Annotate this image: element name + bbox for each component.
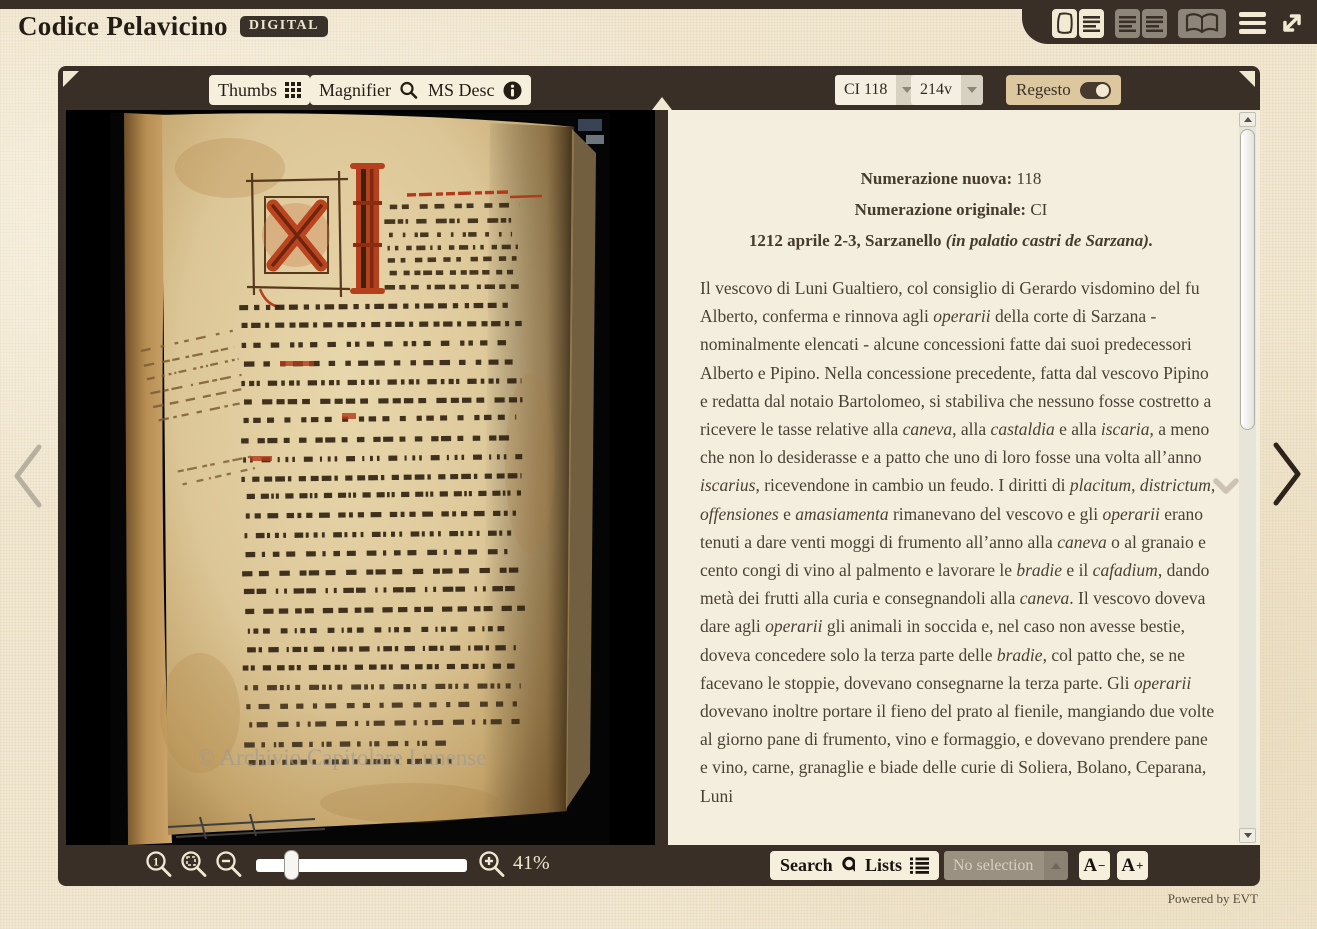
expand-icon <box>1285 16 1299 30</box>
menu-button[interactable] <box>1237 10 1268 36</box>
manuscript-image: © Archivio Capitolare Lunense <box>110 113 610 845</box>
powered-by-label: Powered by EVT <box>1168 891 1258 907</box>
regesto-header: Numerazione nuova: 118 Numerazione origi… <box>668 163 1234 256</box>
date-place-line: 1212 aprile 2-3, Sarzanello (in palatio … <box>668 225 1234 256</box>
magnifier-button[interactable]: Magnifier <box>310 75 427 105</box>
up-caret-icon <box>1244 117 1252 122</box>
chevron-right-icon <box>1276 445 1298 503</box>
viewmode-text-text-group <box>1115 9 1167 38</box>
image-viewer[interactable]: © Archivio Capitolare Lunense <box>66 110 655 845</box>
numerazione-originale-line: Numerazione originale: CI <box>668 194 1234 225</box>
text-lines-icon <box>1119 15 1136 32</box>
previous-page-button[interactable] <box>12 442 44 510</box>
zoom-reset-button[interactable]: 1 <box>144 850 174 880</box>
open-book-icon <box>1184 12 1220 35</box>
one-glyph: 1 <box>153 855 159 869</box>
text-lines-icon <box>1146 15 1163 32</box>
zoom-slider-handle[interactable] <box>284 850 299 880</box>
text-lines-icon <box>1083 15 1100 32</box>
lists-button[interactable]: Lists <box>855 851 939 880</box>
fit-frame-icon <box>187 857 195 865</box>
numerazione-nuova-line: Numerazione nuova: 118 <box>668 163 1234 194</box>
msdesc-button[interactable]: MS Desc <box>419 75 531 105</box>
divider-collapse-button[interactable] <box>652 97 672 110</box>
list-icon <box>910 857 929 874</box>
down-caret-icon <box>1244 833 1252 838</box>
viewmode-text-text-button-1[interactable] <box>1115 9 1140 38</box>
chevron-left-icon <box>17 447 39 505</box>
font-decrease-button[interactable]: A− <box>1079 851 1110 880</box>
info-icon <box>503 81 522 100</box>
watermark-text: © Archivio Capitolare Lunense <box>198 745 487 770</box>
digital-badge: DIGITAL <box>240 16 328 37</box>
scrollbar[interactable] <box>1239 112 1256 843</box>
selection-dropdown-value: No selection <box>944 851 1044 880</box>
thumbs-button[interactable]: Thumbs <box>209 75 310 105</box>
main-panel: Thumbs Magnifier MS Desc <box>58 66 1260 886</box>
collapse-topleft-button[interactable] <box>63 71 79 87</box>
selection-dropdown[interactable]: No selection <box>944 851 1068 880</box>
zoom-in-button[interactable] <box>477 850 507 880</box>
scrollbar-down-button[interactable] <box>1239 828 1256 843</box>
scrollbar-thumb[interactable] <box>1240 129 1255 430</box>
regesto-toggle-button[interactable]: Regesto <box>1006 75 1121 105</box>
zoom-slider[interactable] <box>256 859 467 872</box>
panel-divider <box>655 110 668 845</box>
viewmode-image-text-group <box>1052 9 1104 38</box>
zoom-fit-button[interactable] <box>179 850 209 880</box>
app-title: Codice Pelavicino <box>18 11 228 42</box>
folio-select[interactable]: 214v <box>911 75 983 105</box>
zoom-out-button[interactable] <box>214 850 244 880</box>
viewmode-image-button[interactable] <box>1052 9 1077 38</box>
scrollbar-up-button[interactable] <box>1239 112 1256 127</box>
viewmode-text-text-button-2[interactable] <box>1142 9 1167 38</box>
bottom-toolbar: 1 <box>58 845 1260 886</box>
hamburger-icon <box>1239 12 1266 17</box>
collapse-topright-button[interactable] <box>1239 71 1255 87</box>
magnifier-icon <box>399 81 418 100</box>
app-header: Codice Pelavicino DIGITAL <box>18 11 328 42</box>
viewmode-book-button[interactable] <box>1178 9 1226 38</box>
page-icon <box>1055 12 1074 35</box>
page-select-value: CI 118 <box>835 75 896 105</box>
selection-arrow-icon <box>1044 851 1068 880</box>
regesto-text: Il vescovo di Luni Gualtiero, col consig… <box>700 274 1216 810</box>
next-page-button[interactable] <box>1271 440 1303 508</box>
zoom-level-label: 41% <box>513 852 550 875</box>
fullscreen-button[interactable] <box>1279 10 1305 36</box>
folio-select-value: 214v <box>911 75 961 105</box>
scroll-down-indicator <box>1212 478 1240 496</box>
grid-icon <box>285 82 301 98</box>
toggle-on-icon <box>1080 82 1111 99</box>
text-panel: Numerazione nuova: 118 Numerazione origi… <box>668 110 1260 845</box>
page-select[interactable]: CI 118 <box>835 75 918 105</box>
dropdown-arrow-icon <box>961 75 983 105</box>
font-increase-button[interactable]: A+ <box>1117 851 1148 880</box>
view-mode-toolbar <box>1022 0 1317 44</box>
viewmode-text-button[interactable] <box>1079 9 1104 38</box>
